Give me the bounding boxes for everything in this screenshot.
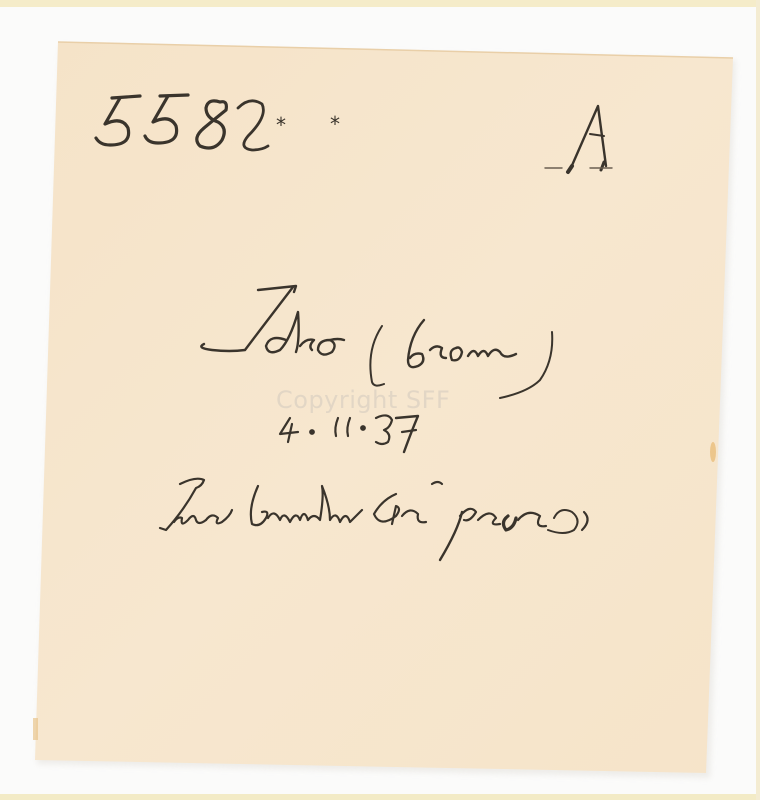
copyright-watermark: Copyright SFF <box>276 386 450 414</box>
svg-text:*: * <box>276 113 286 137</box>
label-card: * * <box>0 0 760 800</box>
svg-text:*: * <box>330 112 340 136</box>
